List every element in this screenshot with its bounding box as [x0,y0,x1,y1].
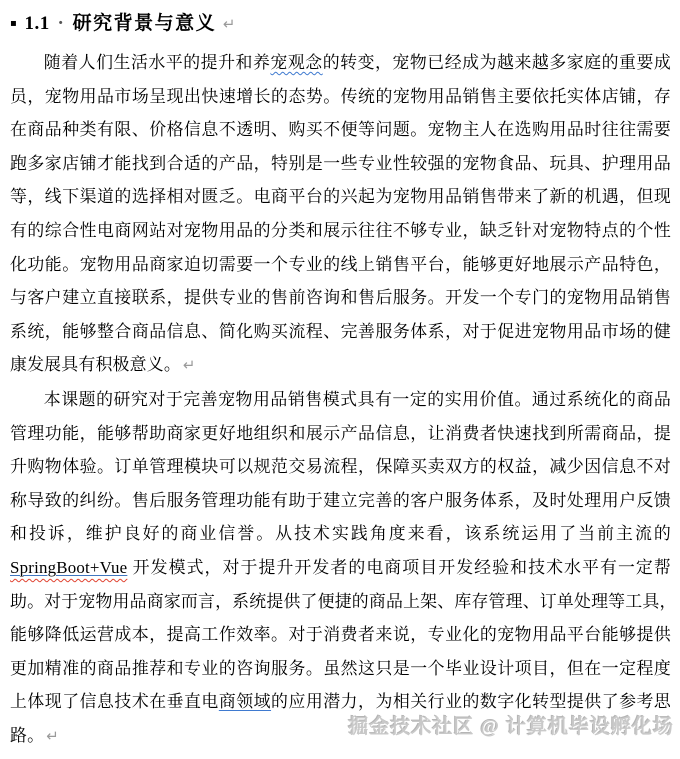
text-line: 等，线下渠道的选择相对匮乏。电商平台的兴起为宠物用品销售带来了新的机遇，但现 [10,180,671,214]
text-line: 系统，能够整合商品信息、简化购买流程、完善服务体系，对于促进宠物用品市场的健 [10,315,671,349]
text-segment: 等，线下渠道的选择相对匮乏。电商平台的兴起为宠物用品销售带来了新的机遇，但现 [10,187,671,206]
text-line: 能够降低运营成本，提高工作效率。对于消费者来说，专业化的宠物用品平台能够提供 [10,618,671,652]
text-segment: 在商品种类有限、价格信息不透明、购买不便等问题。宠物主人在选购用品时往往需要 [10,120,671,139]
text-segment: 管理功能，能够帮助商家更好地组织和展示产品信息，让消费者快速找到所需商品，提 [10,424,671,443]
proofing-marked-text: 宠观念 [270,53,322,72]
text-segment: 的转变，宠物已经成为越来越多家庭的重要成 [323,53,671,72]
text-segment: 的应用潜力，为相关行业的数字化转型提供了参考思 [271,692,671,711]
text-segment: 有的综合性电商网站对宠物用品的分类和展示往往不够专业，缺乏针对宠物特点的个性 [10,221,671,240]
text-line: 随着人们生活水平的提升和养宠观念的转变，宠物已经成为越来越多家庭的重要成 [10,46,671,80]
text-segment: 更加精准的商品推荐和专业的咨询服务。虽然这只是一个毕业设计项目，但在一定程度 [10,659,671,678]
proofing-marked-text: SpringBoot+Vue [10,558,127,577]
text-line: 跑多家店铺才能找到合适的产品，特别是一些专业性较强的宠物食品、玩具、护理用品 [10,147,671,181]
text-segment: 和投诉，维护良好的商业信誉。从技术实践角度来看，该系统运用了当前主流的 [10,524,671,543]
document-page: ▪ 1.1 · 研究背景与意义 ↵ 随着人们生活水平的提升和养宠观念的转变，宠物… [0,0,680,759]
paragraph-mark: ↵ [183,356,196,374]
text-segment: 随着人们生活水平的提升和养 [44,53,271,72]
paragraph-mark: ↵ [46,727,59,745]
space-format-mark: · [58,13,64,34]
text-segment: 系统，能够整合商品信息、简化购买流程、完善服务体系，对于促进宠物用品市场的健 [10,322,671,341]
text-segment: 跑多家店铺才能找到合适的产品，特别是一些专业性较强的宠物食品、玩具、护理用品 [10,154,671,173]
keep-with-next-square-mark: ▪ [10,18,17,29]
text-segment: 称导致的纠纷。售后服务管理功能有助于建立完善的客户服务体系，及时处理用户反馈 [10,491,671,510]
paragraph-mark: ↵ [223,15,236,33]
text-segment: 升购物体验。订单管理模块可以规范交易流程，保障买卖双方的权益，减少因信息不对 [10,457,671,476]
watermark: 掘金技术社区 @ 计算机毕设孵化场 [348,710,674,739]
text-line: 在商品种类有限、价格信息不透明、购买不便等问题。宠物主人在选购用品时往往需要 [10,113,671,147]
text-line: 员，宠物用品市场呈现出快速增长的态势。传统的宠物用品销售主要依托实体店铺，存 [10,80,671,114]
text-segment: 本课题的研究对于完善宠物用品销售模式具有一定的实用价值。通过系统化的商品 [44,390,671,409]
text-segment: 员，宠物用品市场呈现出快速增长的态势。传统的宠物用品销售主要依托实体店铺，存 [10,87,671,106]
text-line: 和投诉，维护良好的商业信誉。从技术实践角度来看，该系统运用了当前主流的 [10,517,671,551]
text-line: 化功能。宠物用品商家迫切需要一个专业的线上销售平台，能够更好地展示产品特色， [10,248,671,282]
heading-number: 1.1 [25,13,50,34]
text-line: 管理功能，能够帮助商家更好地组织和展示产品信息，让消费者快速找到所需商品，提 [10,417,671,451]
text-line: 升购物体验。订单管理模块可以规范交易流程，保障买卖双方的权益，减少因信息不对 [10,450,671,484]
text-segment: 与客户建立直接联系，提供专业的售前咨询和售后服务。开发一个专门的宠物用品销售 [10,288,671,307]
text-line: 本课题的研究对于完善宠物用品销售模式具有一定的实用价值。通过系统化的商品 [10,383,671,417]
text-line: 康发展具有积极意义。↵ [10,348,671,383]
heading-title: 研究背景与意义 [73,13,217,34]
text-segment: 上体现了信息技术在垂直电 [10,692,219,711]
section-heading: ▪ 1.1 · 研究背景与意义 ↵ [10,12,671,36]
text-segment: 能够降低运营成本，提高工作效率。对于消费者来说，专业化的宠物用品平台能够提供 [10,625,671,644]
paragraph-area: 随着人们生活水平的提升和养宠观念的转变，宠物已经成为越来越多家庭的重要成员，宠物… [10,46,671,753]
text-line: 与客户建立直接联系，提供专业的售前咨询和售后服务。开发一个专门的宠物用品销售 [10,281,671,315]
text-line: 有的综合性电商网站对宠物用品的分类和展示往往不够专业，缺乏针对宠物特点的个性 [10,214,671,248]
text-line: 称导致的纠纷。售后服务管理功能有助于建立完善的客户服务体系，及时处理用户反馈 [10,484,671,518]
proofing-marked-text: 商领域 [219,692,271,711]
text-segment: 开发模式，对于提升开发者的电商项目开发经验和技术水平有一定帮 [127,558,671,577]
text-line: 更加精准的商品推荐和专业的咨询服务。虽然这只是一个毕业设计项目，但在一定程度 [10,652,671,686]
text-segment: 路。 [10,726,44,745]
text-segment: 康发展具有积极意义。 [10,355,181,374]
proofing-marked-text: SpringBoot+Vue [10,558,127,577]
text-segment: 化功能。宠物用品商家迫切需要一个专业的线上销售平台，能够更好地展示产品特色， [10,255,671,274]
text-segment: 助。对于宠物用品商家而言，系统提供了便捷的商品上架、库存管理、订单处理等工具， [10,592,677,611]
text-line: 助。对于宠物用品商家而言，系统提供了便捷的商品上架、库存管理、订单处理等工具， [10,585,671,619]
text-line: SpringBoot+Vue 开发模式，对于提升开发者的电商项目开发经验和技术水… [10,551,671,585]
